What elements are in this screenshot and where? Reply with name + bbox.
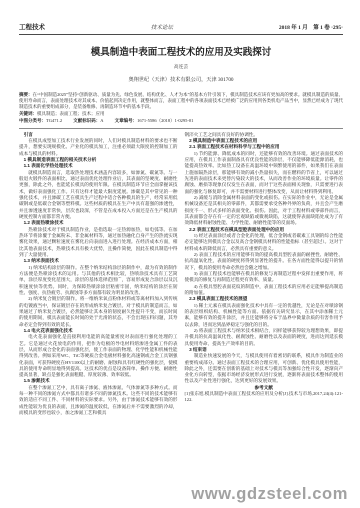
article-meta: 中图分类号：TG471.2 文献标识码：A 文章编号：1671-5586（201… bbox=[19, 118, 343, 124]
journal-column-label: 技术论坛 bbox=[151, 23, 173, 31]
watermark: www.gdzsteel.com bbox=[191, 485, 348, 504]
author-affiliation: 奥翔世纪（天津）技术有限公司，天津 301700 bbox=[19, 76, 343, 83]
body-paragraph: 4) 在模具型腔表面花纹的制造中，表面工程技术的应用必定能够提高制造的附加值。 bbox=[185, 284, 344, 297]
clc-label: 中图分类号： bbox=[19, 118, 46, 123]
body-paragraph: 制造业快速发展的今天，与模具使用有着密切的联系，模具作为制造业的重要构成部分。通… bbox=[185, 353, 344, 385]
journal-header: 工程技术 技术论坛 2018 年 1 月 第 1 卷 ·295· bbox=[19, 22, 343, 35]
body-paragraph: 2) 纳米复合镀层的制作。将一维纳米氧点粉体材料或等离材料加入到传统的电镀液当中… bbox=[19, 296, 178, 328]
right-column: 钢淬火工艺之间具有良好的协调性。2 模具制造中表面工程技术的应用2.1 表面工程… bbox=[185, 132, 344, 417]
journal-page: 工程技术 技术论坛 2018 年 1 月 第 1 卷 ·295· 模具制造中表面… bbox=[0, 0, 360, 508]
keywords: 关键词：模具制造；表面工程；技术；应用 bbox=[19, 111, 343, 117]
body-paragraph: 热喷涂技术对于模具制造作业，是指选取一定热源加热，如电弧等。在加热环节将涂覆于金… bbox=[19, 227, 178, 259]
body-paragraph: 在整个渗氮工艺中，具有离子渗氮、液体渗氮、气体渗氮等多种方式。而每一种不同的渗氮… bbox=[19, 385, 178, 417]
abstract: 摘要：在“中国制造2025”坚持“创新驱动、质量为先、绿色发展、结构优化、人才为… bbox=[19, 92, 343, 110]
body-paragraph: 1) 纳米结构涂层的制作。在整个纳米结构涂层的制作中，最为有效的制作方法便是热喷… bbox=[19, 265, 178, 297]
article-id-value: 1671-5586（2018）1-0295-01 bbox=[137, 118, 193, 123]
clc-value: TG471.2 bbox=[46, 118, 62, 123]
body-paragraph: 1) 稀土元素在模具表面强化技术中具有一定的优越性，无论是在对喷涂钢的表层组织结… bbox=[185, 303, 344, 328]
author-name: 高连芸 bbox=[19, 63, 343, 70]
abstract-label: 摘要： bbox=[19, 92, 33, 97]
left-column: 引言在模具成型加工技术行业发展的同时，人们对模具制造材料的要求也不断提升，想要实… bbox=[19, 132, 178, 417]
journal-section-label: 工程技术 bbox=[19, 22, 45, 31]
body-paragraph: 2) 将表面工程技术与纳米技术相结合，同样能够获得较为理想效果，即提升模具的抗高… bbox=[185, 328, 344, 347]
journal-issue-page: 2018 年 1 月 第 1 卷 ·295· bbox=[279, 23, 343, 31]
body-paragraph: 电火花表面强化是直接利用电能的高能量密度对表面进行强化处理的工艺。它是通过火花放… bbox=[19, 334, 178, 378]
body-paragraph: 3) 表面工程技术也能够在模具的修复与再制造过程中发挥出重要作用，将使模具的修复… bbox=[185, 271, 344, 284]
article-title: 模具制造中表面工程技术的应用及实践探讨 bbox=[19, 44, 343, 58]
frontmatter: 摘要：在“中国制造2025”坚持“创新驱动、质量为先、绿色发展、结构优化、人才为… bbox=[19, 92, 343, 124]
page-content: 工程技术 技术论坛 2018 年 1 月 第 1 卷 ·295· 模具制造中表面… bbox=[0, 0, 360, 416]
keywords-label: 关键词： bbox=[19, 111, 37, 116]
doc-code-value: A bbox=[100, 118, 103, 123]
body-paragraph: 1) 节约能源、降低成本的同时，还能够有效的改善环境。通过表面技术的应用，在模具… bbox=[185, 151, 344, 195]
keywords-text: 模具制造；表面工程；技术；应用 bbox=[37, 111, 105, 116]
article-id-label: 文章编号： bbox=[115, 118, 138, 123]
body-paragraph: 1) 经过表面涂层或者合金化的处理，低合金钢或者碳素工具钢的综合性能必定能够达到… bbox=[185, 233, 344, 252]
doc-code-label: 文献标识码： bbox=[73, 118, 100, 123]
body-paragraph: 2) 表面工程技术的应用能够有效的提高模具型腔表面的耐挫性、耐磨性、抗高温氧化性… bbox=[185, 252, 344, 271]
article-body: 引言在模具成型加工技术行业发展的同时，人们对模具制造材料的要求也不断提升，想要实… bbox=[19, 128, 343, 417]
body-paragraph: 在模具成型加工技术行业发展的同时，人们对模具制造材料的要求也不断提升，想要实现规… bbox=[19, 138, 178, 157]
body-paragraph: 就模具制造而言，选取热处理技术涵盖内容较多，如渗氮、碳氮等。与一般退火锻件的表面… bbox=[19, 170, 178, 221]
abstract-text: 在“中国制造2025”坚持“创新驱动、质量为先、绿色发展、结构优化、人才为本”的… bbox=[19, 92, 343, 109]
reference-item: [1]张东旭.模具制造中表面工程技术的应用及分析[J].技术与市场,2017,2… bbox=[185, 391, 344, 404]
body-paragraph: 2) 减缓与消除金属材料表面的变化或损伤。在实际的作业中，无论是金属机械设备还是… bbox=[185, 195, 344, 227]
